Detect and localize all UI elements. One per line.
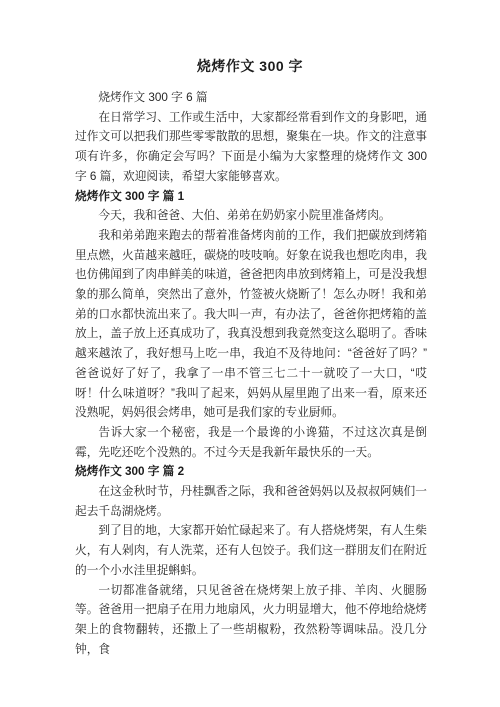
paragraph: 在这金秋时节，丹桂飘香之际，我和爸爸妈妈以及叔叔阿姨们一起去千岛湖烧烤。 [75, 482, 427, 521]
section-heading: 烧烤作文 300 字 篇 1 [75, 187, 427, 207]
paragraph: 烧烤作文 300 字 6 篇 [75, 88, 427, 108]
document-body: 烧烤作文 300 字 6 篇在日常学习、工作或生活中，大家都经常看到作文的身影吧… [75, 88, 427, 659]
paragraph: 到了目的地，大家都开始忙碌起来了。有人搭烧烤架，有人生柴火，有人剁肉，有人洗菜，… [75, 521, 427, 580]
paragraph: 在日常学习、工作或生活中，大家都经常看到作文的身影吧，通过作文可以把我们那些零零… [75, 108, 427, 187]
document-title: 烧烤作文 300 字 [0, 0, 500, 76]
section-heading: 烧烤作文 300 字 篇 2 [75, 462, 427, 482]
paragraph: 我和弟弟跑来跑去的帮着准备烤肉前的工作，我们把碳放到烤箱里点燃，火苗越来越旺，碳… [75, 226, 427, 423]
paragraph: 告诉大家一个秘密，我是一个最谗的小谗猫，不过这次真是倒霉，先吃还吃个没熟的。不过… [75, 423, 427, 462]
paragraph: 一切都准备就绪，只见爸爸在烧烤架上放子排、羊肉、火腿肠等。爸爸用一把扇子在用力地… [75, 581, 427, 660]
document-page: 烧烤作文 300 字 烧烤作文 300 字 6 篇在日常学习、工作或生活中，大家… [0, 0, 500, 707]
paragraph: 今天，我和爸爸、大伯、弟弟在奶奶家小院里准备烤肉。 [75, 206, 427, 226]
